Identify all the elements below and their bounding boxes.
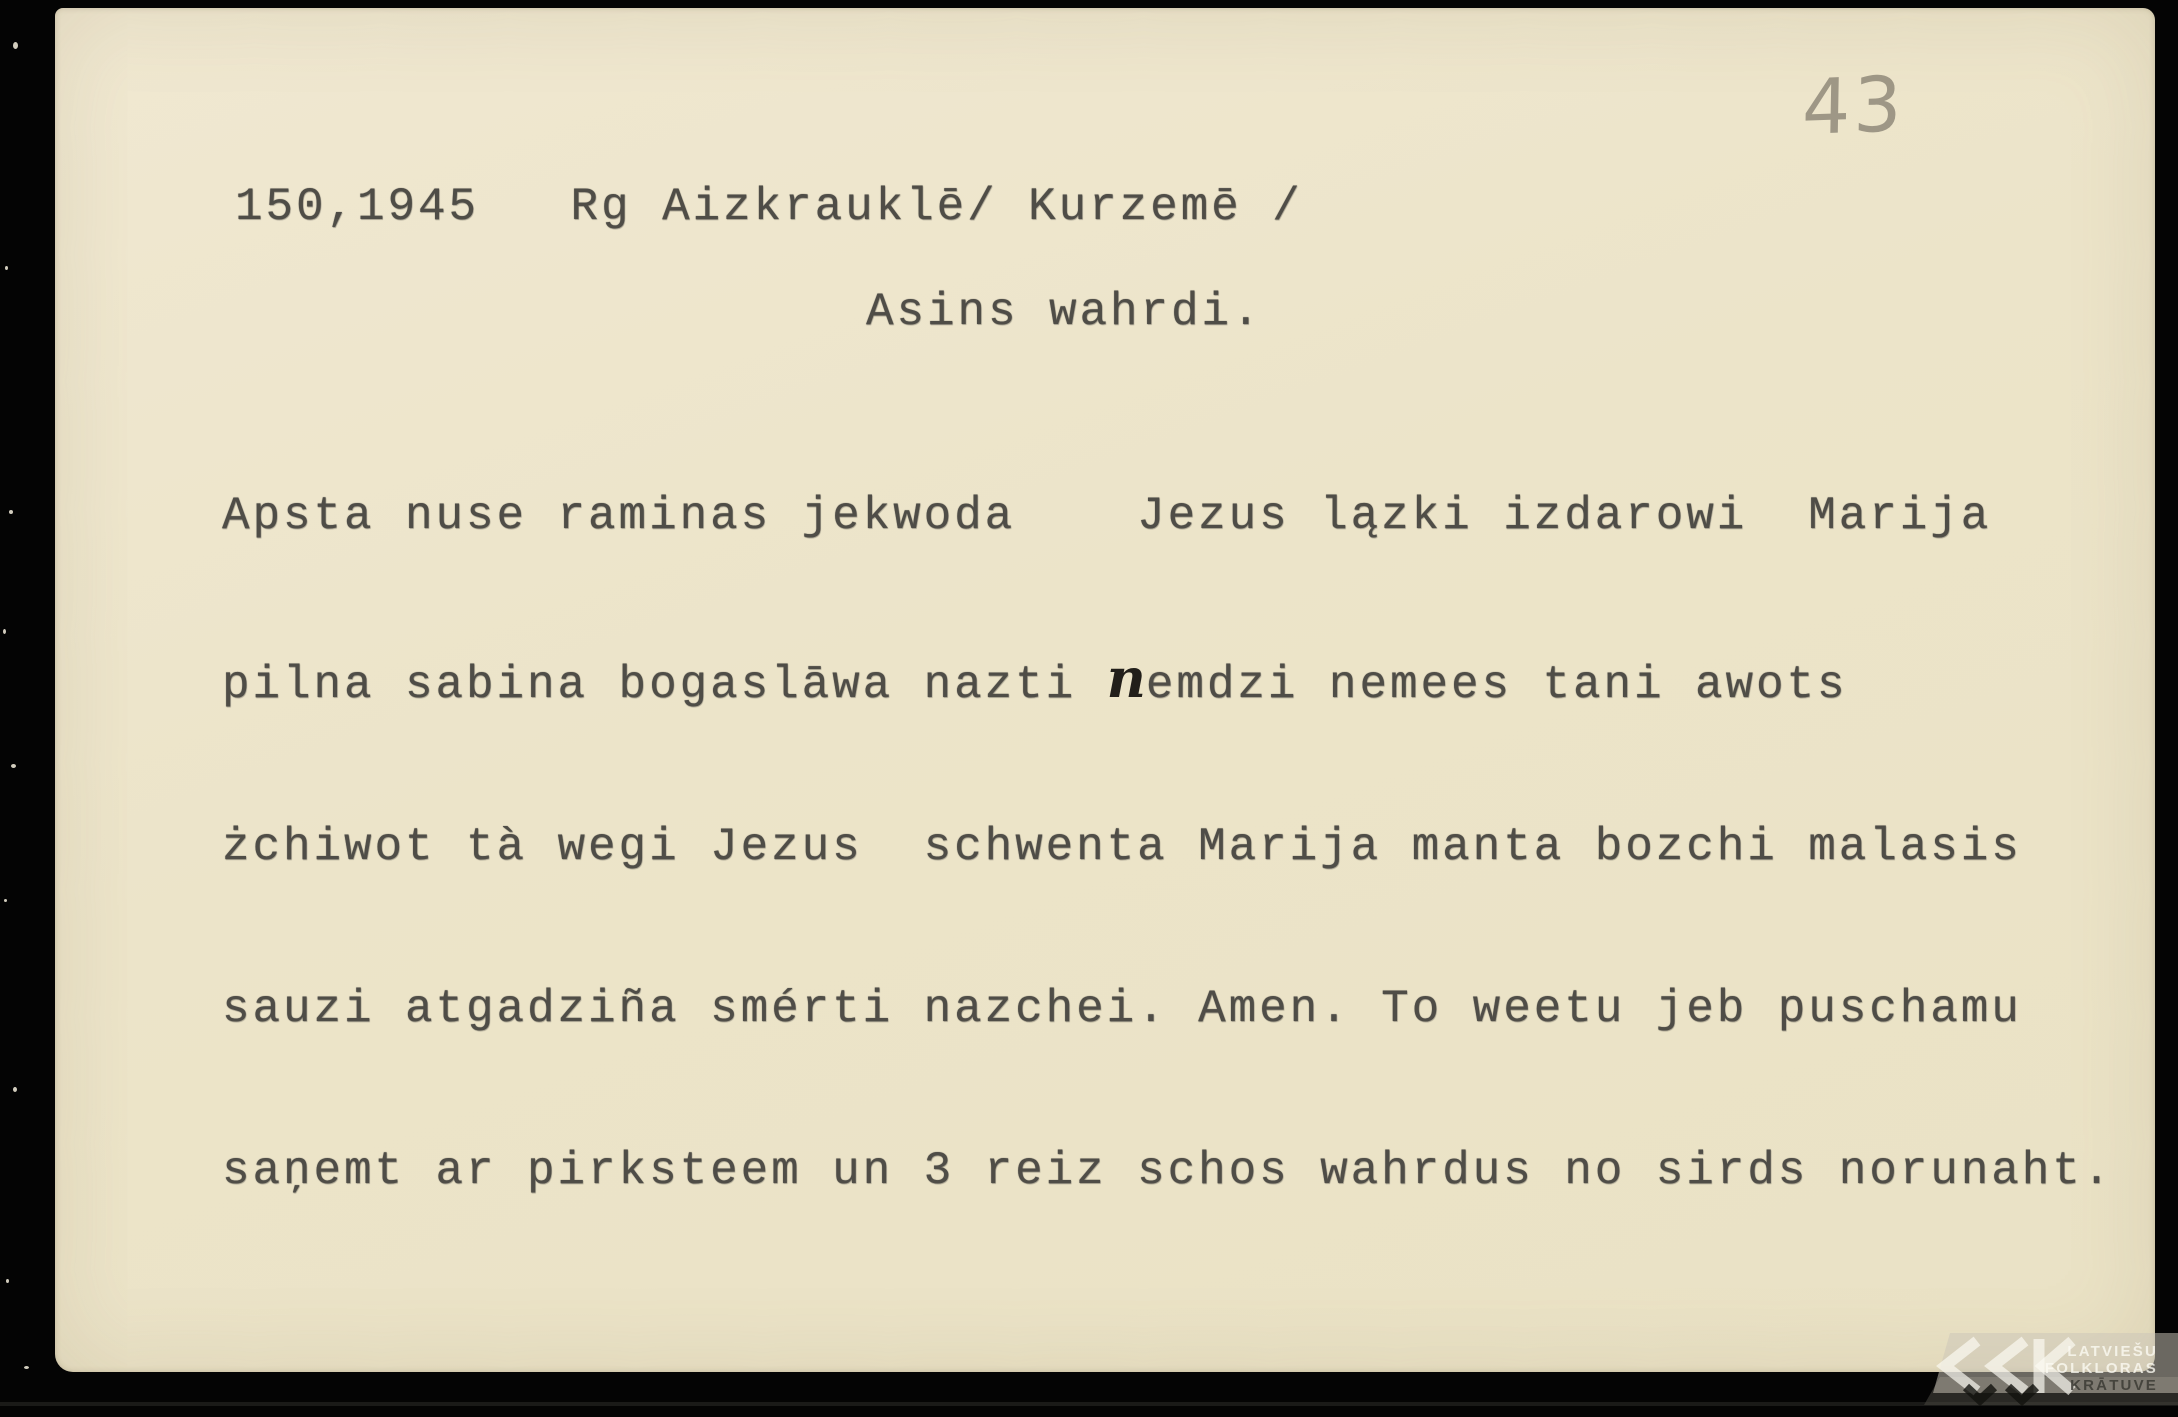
body-line-5: saņemt ar pirksteem un 3 reiz schos wahr…: [222, 1144, 2113, 1198]
body-line-4: sauzi atgadziña smérti nazchei. Amen. To…: [222, 982, 2113, 1036]
index-card: 150,1945 Rg Aizkrauklē/ Kurzemē / Asins …: [55, 8, 2155, 1372]
card-body-text: Apsta nuse raminas jekwoda Jezus lązki i…: [222, 381, 2113, 1306]
body-line-2-typed-end: emdzi nemees tani awots: [1146, 659, 1848, 711]
dust-speck: [6, 1279, 9, 1283]
body-line-2-typed-start: pilna sabina bogaslāwa nazti: [222, 659, 1107, 711]
dust-speck: [13, 1087, 17, 1092]
dust-speck: [13, 42, 18, 49]
scan-page: 150,1945 Rg Aizkrauklē/ Kurzemē / Asins …: [0, 0, 2178, 1417]
watermark-text: LATVIEŠU FOLKLORAS KRĀTUVE: [2045, 1343, 2158, 1394]
dust-speck: [24, 1366, 29, 1369]
dust-speck: [4, 899, 7, 902]
body-line-2: pilna sabina bogaslāwa nazti nemdzi neme…: [222, 651, 2113, 712]
body-line-1: Apsta nuse raminas jekwoda Jezus lązki i…: [222, 489, 2113, 543]
body-line-3: żchiwot tà wegi Jezus schwenta Marija ma…: [222, 820, 2113, 874]
scan-edge-line: [0, 1402, 2178, 1406]
watermark-org-line-2: FOLKLORAS: [2045, 1360, 2158, 1377]
card-header-reference: 150,1945 Rg Aizkrauklē/ Kurzemē /: [235, 180, 1303, 234]
handwritten-correction-letter: n: [1107, 646, 1146, 710]
card-title: Asins wahrdi.: [866, 285, 1263, 339]
dust-speck: [9, 510, 13, 514]
archive-watermark: LATVIEŠU FOLKLORAS KRĀTUVE: [1916, 1317, 2178, 1409]
dust-speck: [3, 629, 6, 634]
pencil-page-number: 43: [1801, 66, 1905, 146]
dust-speck: [5, 266, 8, 270]
dust-speck: [11, 764, 16, 768]
watermark-org-line-1: LATVIEŠU: [2045, 1343, 2158, 1360]
watermark-org-line-3: KRĀTUVE: [2045, 1377, 2158, 1394]
